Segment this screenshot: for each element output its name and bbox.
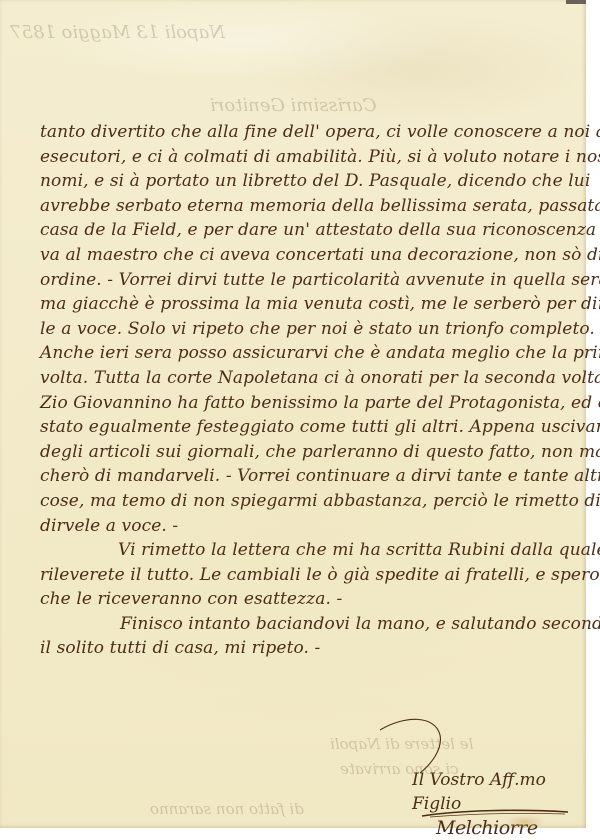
text-line: cherò di mandarveli. - Vorrei continuare… bbox=[40, 464, 585, 489]
text-line: dirvele a voce. - bbox=[40, 514, 585, 539]
text-line: cose, ma temo di non spiegarmi abbastanz… bbox=[40, 489, 585, 514]
text-line: il solito tutti di casa, mi ripeto. - bbox=[40, 636, 585, 661]
text-line: esecutori, e ci à colmati di amabilità. … bbox=[40, 145, 585, 170]
text-line: nomi, e si à portato un libretto del D. … bbox=[40, 169, 585, 194]
text-line: volta. Tutta la corte Napoletana ci à on… bbox=[40, 366, 585, 391]
text-line: tanto divertito che alla fine dell' oper… bbox=[40, 120, 585, 145]
text-line: stato egualmente festeggiato come tutti … bbox=[40, 415, 585, 440]
text-line: degli articoli sui giornali, che parlera… bbox=[40, 440, 585, 465]
text-line: Finisco intanto baciandovi la mano, e sa… bbox=[40, 612, 585, 637]
signature: Melchiorre bbox=[412, 816, 586, 840]
show-through-salutation: Carissimi Genitori bbox=[210, 95, 376, 116]
signature-flourish-icon bbox=[375, 715, 475, 775]
text-line: va al maestro che ci aveva concertati un… bbox=[40, 243, 585, 268]
text-line: Anche ieri sera posso assicurarvi che è … bbox=[40, 341, 585, 366]
text-line: avrebbe serbato eterna memoria della bel… bbox=[40, 194, 585, 219]
letter-closing: Il Vostro Aff.mo Figlio Melchiorre bbox=[412, 768, 586, 840]
paper-stain bbox=[505, 815, 545, 829]
text-line: ordine. - Vorrei dirvi tutte le particol… bbox=[40, 268, 585, 293]
letter-body: tanto divertito che alla fine dell' oper… bbox=[40, 120, 585, 661]
text-line: ma giacchè è prossima la mia venuta cost… bbox=[40, 292, 585, 317]
text-line: Zio Giovannino ha fatto benissimo la par… bbox=[40, 391, 585, 416]
letter-page: Napoli 13 Maggio 1857 Carissimi Genitori… bbox=[0, 0, 586, 828]
text-line: le a voce. Solo vi ripeto che per noi è … bbox=[40, 317, 585, 342]
text-line: Vi rimetto la lettera che mi ha scritta … bbox=[40, 538, 585, 563]
signature-underline-icon bbox=[420, 808, 570, 818]
scan-edge bbox=[566, 0, 586, 4]
text-line: rileverete il tutto. Le cambiali le ò gi… bbox=[40, 563, 585, 588]
text-line: casa de la Field, e per dare un' attesta… bbox=[40, 218, 585, 243]
show-through-line: di fatto non saranno bbox=[150, 800, 304, 818]
show-through-date: Napoli 13 Maggio 1857 bbox=[10, 22, 225, 43]
text-line: che le riceveranno con esattezza. - bbox=[40, 587, 585, 612]
